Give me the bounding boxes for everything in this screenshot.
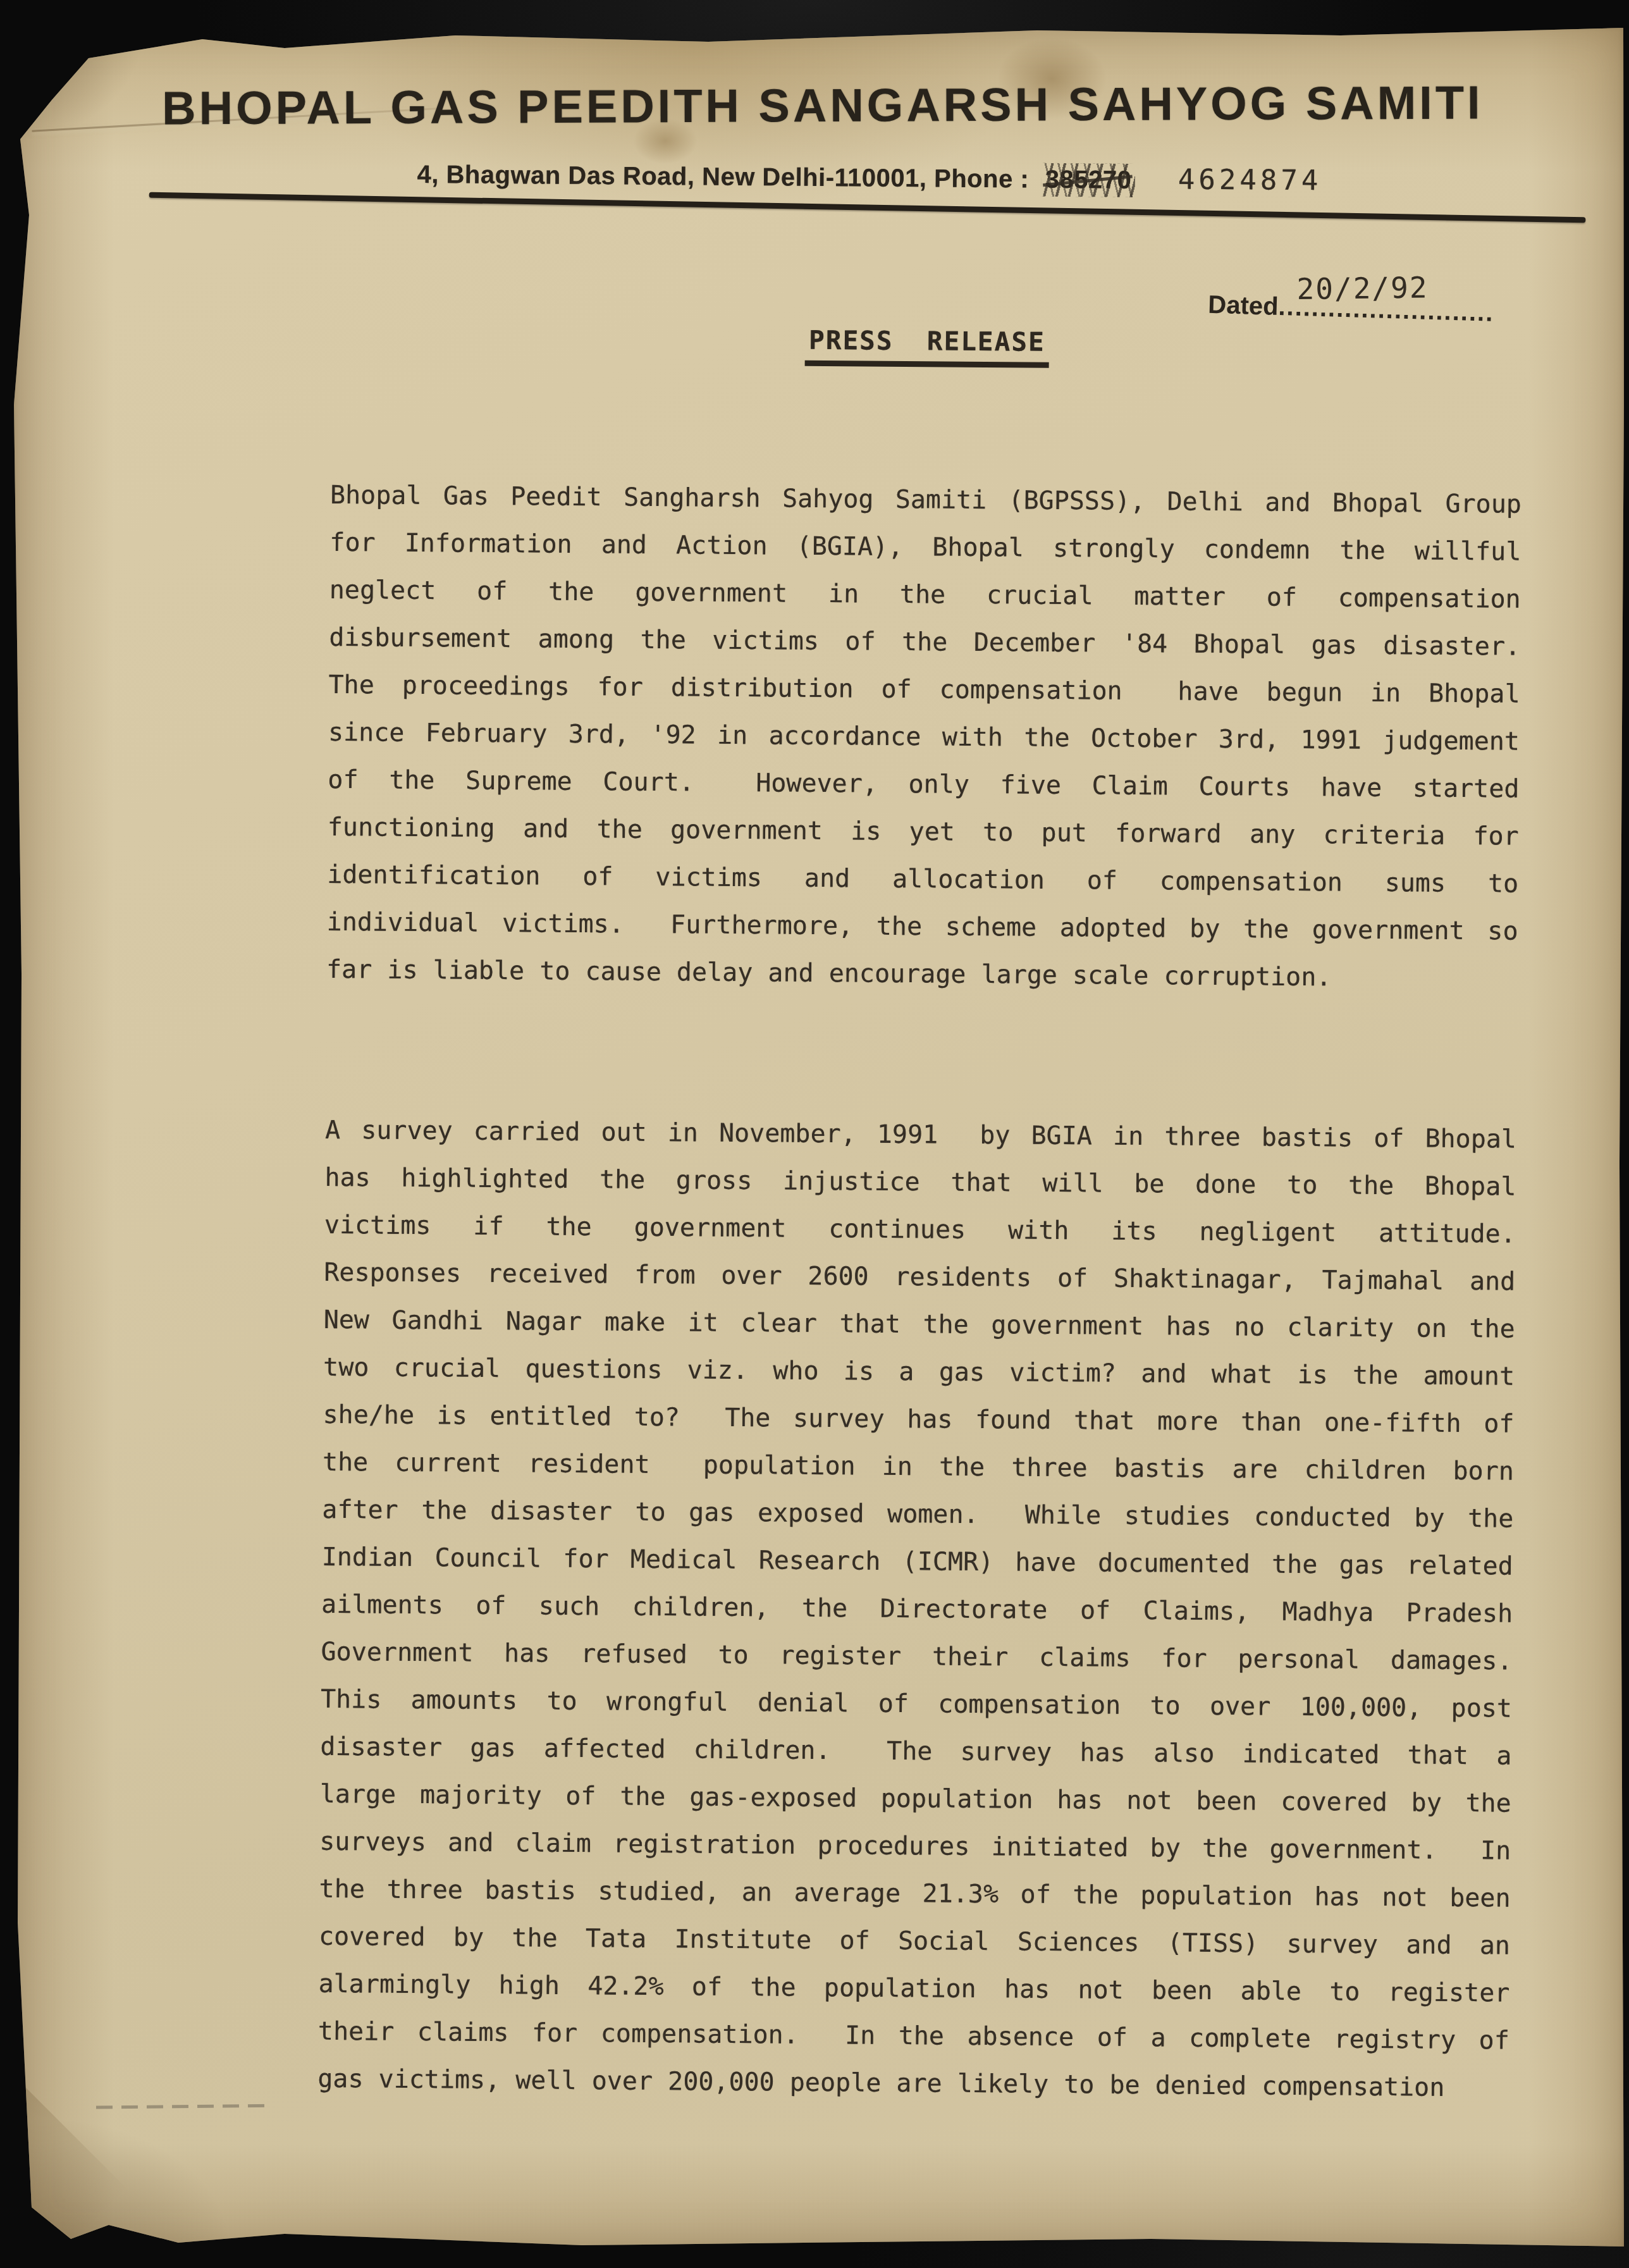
dated-dotted-leader: .......................... — [1278, 293, 1494, 327]
letterhead-address: 4, Bhagwan Das Road, New Delhi-110001, P… — [16, 154, 1628, 199]
paragraph-1: Bhopal Gas Peedit Sangharsh Sahyog Samit… — [326, 472, 1521, 1003]
page-content: BHOPAL GAS PEEDITH SANGARSH SAHYOG SAMIT… — [0, 19, 1629, 2258]
paragraph-2: A survey carried out in November, 1991 b… — [317, 1107, 1516, 2112]
document-page: BHOPAL GAS PEEDITH SANGARSH SAHYOG SAMIT… — [13, 25, 1624, 2252]
dated-line: Dated.......................... — [1208, 291, 1512, 328]
typewritten-line: far is liable to cause delay and encoura… — [326, 946, 1518, 1003]
phone-number-struck: 385270 — [1045, 166, 1132, 195]
letterhead-org-name: BHOPAL GAS PEEDITH SANGARSH SAHYOG SAMIT… — [17, 75, 1628, 135]
dated-label: Dated — [1208, 291, 1279, 321]
typewritten-line: gas victims, well over 200,000 people ar… — [317, 2055, 1509, 2112]
address-text: 4, Bhagwan Das Road, New Delhi-110001, P… — [417, 161, 1029, 194]
phone-number-new: 4624874 — [1178, 163, 1322, 197]
press-release-heading-wrap: PRESS RELEASE — [331, 321, 1523, 372]
pencil-dash-mark — [96, 2104, 273, 2109]
press-release-heading: PRESS RELEASE — [805, 325, 1049, 368]
scanned-press-release: { "letterhead": { "org_name": "BHOPAL GA… — [0, 0, 1629, 2268]
